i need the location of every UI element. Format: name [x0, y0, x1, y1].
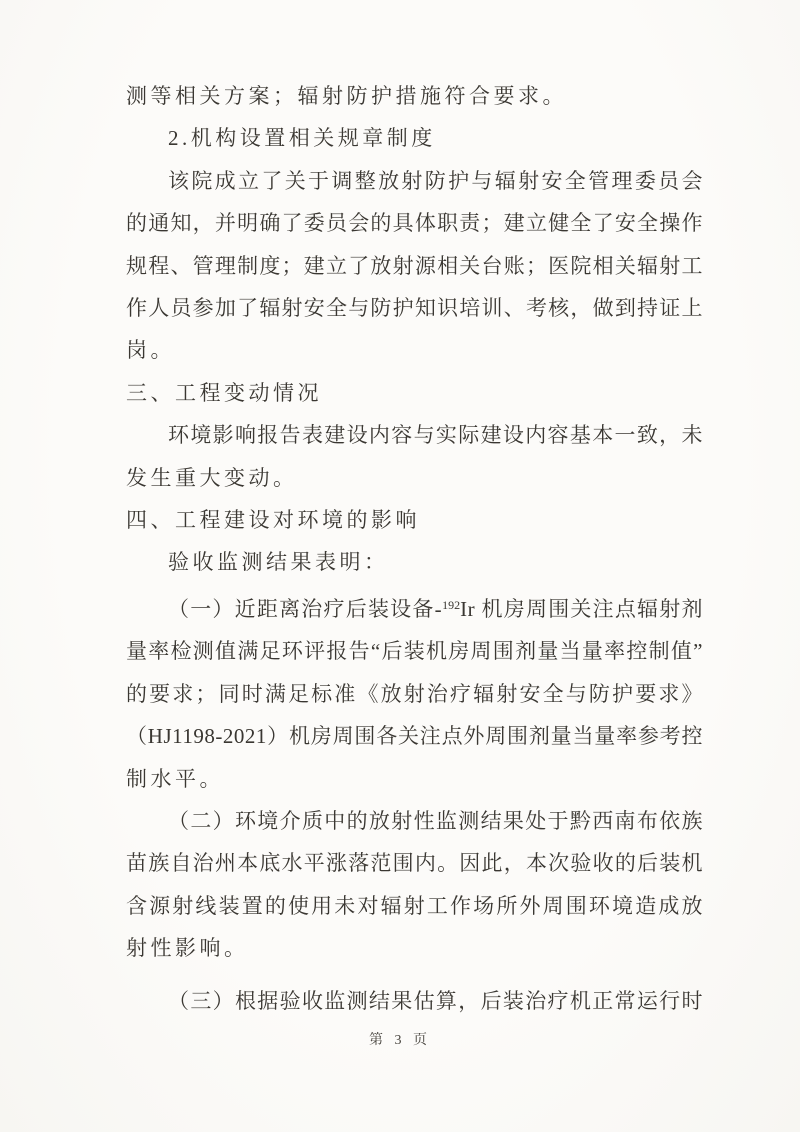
document-body: 测等相关方案；辐射防护措施符合要求。 2.机构设置相关规章制度 该院成立了关于调…: [126, 75, 703, 1022]
section-heading-3: 三、工程变动情况: [126, 372, 703, 414]
body-line: 作人员参加了辐射安全与防护知识培训、考核，做到持证上: [126, 287, 703, 329]
body-line: 该院成立了关于调整放射防护与辐射安全管理委员会: [126, 160, 703, 202]
subsection-heading-2: 2.机构设置相关规章制度: [126, 117, 703, 159]
body-line: （HJ1198-2021）机房周围各关注点外周围剂量当量率参考控: [126, 715, 703, 757]
body-line: 岗。: [126, 329, 703, 371]
body-line: 的要求；同时满足标准《放射治疗辐射安全与防护要求》: [126, 673, 703, 715]
body-line: 苗族自治州本底水平涨落范围内。因此，本次验收的后装机: [126, 842, 703, 884]
body-line: 射性影响。: [126, 927, 703, 969]
body-line: 量率检测值满足环评报告“后装机房周围剂量当量率控制值”: [126, 630, 703, 672]
isotope-prefix-text: （一）近距离治疗后装设备-: [168, 597, 442, 621]
isotope-suffix-text: Ir 机房周围关注点辐射剂: [460, 597, 703, 621]
page-number: 第 3 页: [0, 1030, 800, 1052]
scanned-document-page: 测等相关方案；辐射防护措施符合要求。 2.机构设置相关规章制度 该院成立了关于调…: [0, 0, 800, 1132]
body-line: 含源射线装置的使用未对辐射工作场所外周围环境造成放: [126, 885, 703, 927]
item-1-line: （一）近距离治疗后装设备-192Ir 机房周围关注点辐射剂: [126, 584, 703, 630]
body-line: 规程、管理制度；建立了放射源相关台账；医院相关辐射工: [126, 245, 703, 287]
body-line: 发生重大变动。: [126, 457, 703, 499]
body-line: 验收监测结果表明：: [126, 541, 703, 583]
item-3-line: （三）根据验收监测结果估算，后装治疗机正常运行时: [126, 980, 703, 1022]
isotope-mass-superscript: 192: [442, 598, 460, 612]
body-line: 的通知，并明确了委员会的具体职责；建立健全了安全操作: [126, 202, 703, 244]
body-line: 制水平。: [126, 758, 703, 800]
section-heading-4: 四、工程建设对环境的影响: [126, 499, 703, 541]
item-2-line: （二）环境介质中的放射性监测结果处于黔西南布依族: [126, 800, 703, 842]
body-line: 测等相关方案；辐射防护措施符合要求。: [126, 75, 703, 117]
body-line: 环境影响报告表建设内容与实际建设内容基本一致，未: [126, 414, 703, 456]
